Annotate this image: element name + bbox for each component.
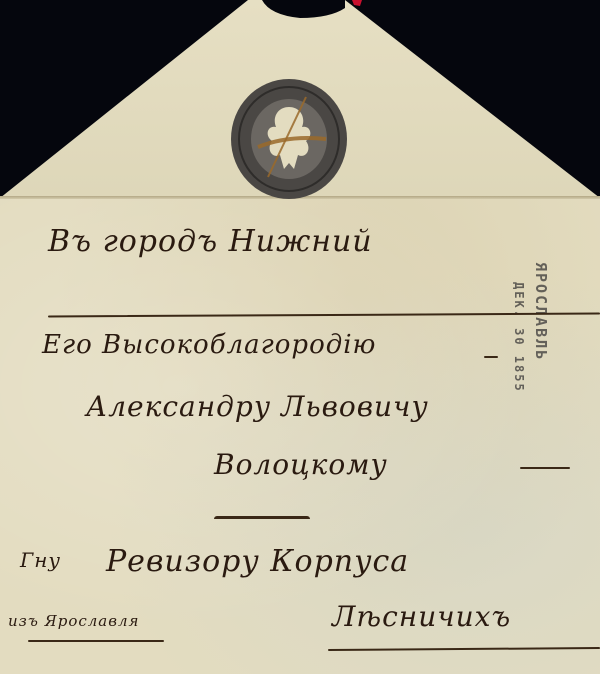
- envelope-photo: ЯРОСЛАВЛЬ ДЕК. 30 1855 Въ городъ Нижний …: [0, 0, 600, 674]
- postmark-stamp: ЯРОСЛАВЛЬ ДЕК. 30 1855: [478, 262, 558, 442]
- origin-underline: [28, 640, 164, 642]
- dash-2: [520, 467, 570, 469]
- address-surname-line: Волоцкому: [214, 448, 388, 481]
- flourish-underline: [214, 516, 310, 519]
- embossed-eagle-stamp-icon: [228, 77, 350, 201]
- dash-1: [484, 356, 498, 358]
- address-honorific-line: Его Высокоблагородію: [42, 330, 376, 360]
- address-name-line: Александру Львовичу: [86, 390, 429, 423]
- address-corps-line: Лѣсничихъ: [332, 600, 511, 633]
- address-origin-note: изъ Ярославля: [8, 612, 139, 630]
- postmark-city: ЯРОСЛАВЛЬ: [532, 262, 550, 361]
- address-city-line: Въ городъ Нижний: [48, 224, 373, 259]
- postmark-date: ДЕК. 30 1855: [512, 282, 526, 393]
- address-title-prefix: Гну: [20, 548, 61, 572]
- address-position-line: Ревизору Корпуса: [106, 544, 409, 579]
